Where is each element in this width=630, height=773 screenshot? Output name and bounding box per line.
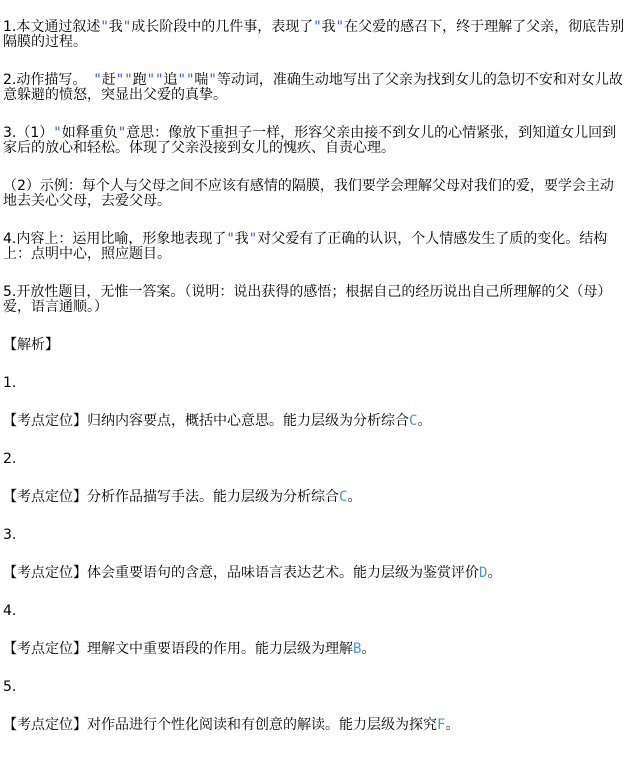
answer-paragraph-2: 2.动作描写。 "赶""跑""追""喘"等动词，准确生动地写出了父亲为找到女儿的… (3, 73, 627, 103)
quote-mark: " (118, 125, 126, 141)
analysis-item-1-point: 【考点定位】归纳内容要点，概括中心意思。能力层级为分析综合C。 (3, 414, 627, 429)
answer-paragraph-4: （2）示例：每个人与父母之间不应该有感情的隔膜，我们要学会理解父母对我们的爱，要… (3, 179, 627, 209)
quote-mark: " (124, 72, 132, 88)
analysis-point-suffix: 。 (347, 489, 361, 505)
analysis-point-text: 【考点定位】归纳内容要点，概括中心意思。能力层级为分析综合 (3, 413, 409, 429)
analysis-item-2-point: 【考点定位】分析作品描写手法。能力层级为分析综合C。 (3, 490, 627, 505)
quote-mark: " (313, 19, 321, 35)
answer-paragraph-3: 3.（1）"如释重负"意思：像放下重担子一样，形容父亲由接不到女儿的心情紧张，到… (3, 126, 627, 156)
analysis-section: 【解析】 1. 【考点定位】归纳内容要点，概括中心意思。能力层级为分析综合C。 … (3, 338, 627, 733)
analysis-point-text: 【考点定位】对作品进行个性化阅读和有创意的解读。能力层级为探究 (3, 717, 437, 733)
answer-key-document: 1.本文通过叙述"我"成长阶段中的几件事，表现了"我"在父爱的感召下，终于理解了… (0, 0, 630, 773)
analysis-point-suffix: 。 (361, 641, 375, 657)
quote-mark: " (178, 72, 186, 88)
answer-paragraph-5: 4.内容上：运用比喻，形象地表现了"我"对父爱有了正确的认识，个人情感发生了质的… (3, 232, 627, 262)
quote-mark: " (336, 19, 344, 35)
quote-mark: " (123, 19, 131, 35)
quote-mark: " (93, 72, 101, 88)
analysis-point-text: 【考点定位】分析作品描写手法。能力层级为分析综合 (3, 489, 339, 505)
quote-mark: " (226, 231, 234, 247)
answers-section: 1.本文通过叙述"我"成长阶段中的几件事，表现了"我"在父爱的感召下，终于理解了… (3, 20, 627, 315)
quote-mark: " (208, 72, 216, 88)
answer-paragraph-6: 5.开放性题目，无惟一答案。（说明：说出获得的感悟；根据自己的经历说出自己所理解… (3, 285, 627, 315)
analysis-header: 【解析】 (3, 338, 627, 353)
analysis-point-suffix: 。 (445, 717, 459, 733)
analysis-point-text: 【考点定位】理解文中重要语段的作用。能力层级为理解 (3, 641, 353, 657)
quote-mark: " (249, 231, 257, 247)
quote-mark: " (100, 19, 108, 35)
analysis-item-5-point: 【考点定位】对作品进行个性化阅读和有创意的解读。能力层级为探究F。 (3, 718, 627, 733)
quote-mark: " (155, 72, 163, 88)
analysis-point-suffix: 。 (417, 413, 431, 429)
analysis-item-1-number: 1. (3, 376, 627, 391)
analysis-item-3-point: 【考点定位】体会重要语句的含意，品味语言表达艺术。能力层级为鉴赏评价D。 (3, 566, 627, 581)
analysis-item-5-number: 5. (3, 680, 627, 695)
quote-mark: " (53, 125, 61, 141)
analysis-point-suffix: 。 (487, 565, 501, 581)
answer-paragraph-1: 1.本文通过叙述"我"成长阶段中的几件事，表现了"我"在父爱的感召下，终于理解了… (3, 20, 627, 50)
quote-mark: " (116, 72, 124, 88)
analysis-item-4-point: 【考点定位】理解文中重要语段的作用。能力层级为理解B。 (3, 642, 627, 657)
analysis-point-text: 【考点定位】体会重要语句的含意，品味语言表达艺术。能力层级为鉴赏评价 (3, 565, 479, 581)
analysis-item-3-number: 3. (3, 528, 627, 543)
quote-mark: " (186, 72, 194, 88)
analysis-item-2-number: 2. (3, 452, 627, 467)
analysis-item-4-number: 4. (3, 604, 627, 619)
quote-mark: " (147, 72, 155, 88)
